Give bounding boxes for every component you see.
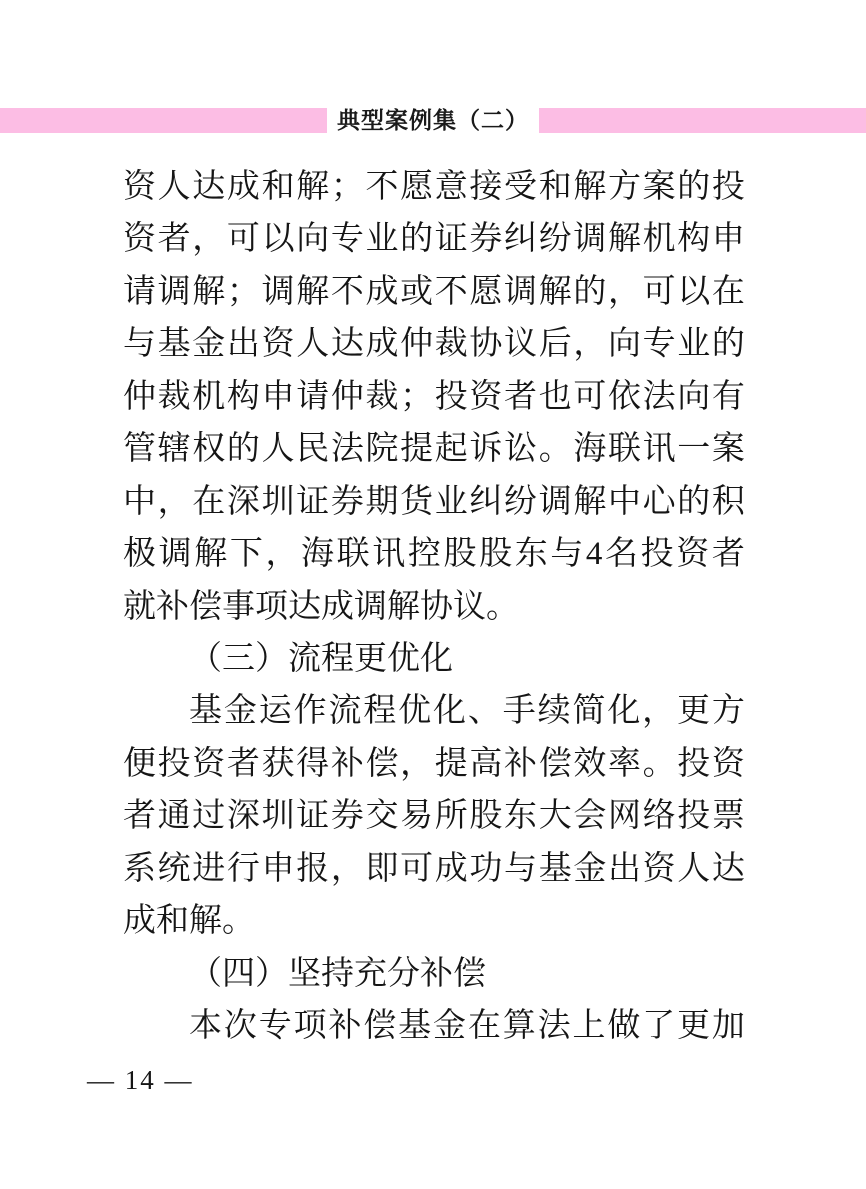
text-line: 请调解；调解不成或不愿调解的，可以在 (123, 266, 745, 318)
running-head-title: 典型案例集（二） (327, 103, 539, 137)
text-line: 基金运作流程优化、手续简化，更方 (123, 685, 745, 737)
text-line: 中，在深圳证券期货业纠纷调解中心的积 (123, 476, 745, 528)
text-line: 就补偿事项达成调解协议。 (123, 581, 745, 633)
text-line: 管辖权的人民法院提起诉讼。海联讯一案 (123, 423, 745, 475)
text-line: 仲裁机构申请仲裁；投资者也可依法向有 (123, 371, 745, 423)
text-line: 极调解下，海联讯控股股东与4名投资者 (123, 528, 745, 580)
section-heading: （三）流程更优化 (123, 633, 745, 685)
text-line: 资人达成和解；不愿意接受和解方案的投 (123, 161, 745, 213)
page-number: — 14 — (87, 1062, 194, 1098)
text-line: 本次专项补偿基金在算法上做了更加 (123, 1000, 745, 1052)
body-text: 资人达成和解；不愿意接受和解方案的投资者，可以向专业的证券纠纷调解机构申请调解；… (123, 161, 745, 1052)
text-line: 成和解。 (123, 895, 745, 947)
section-heading: （四）坚持充分补偿 (123, 948, 745, 1000)
text-line: 系统进行申报，即可成功与基金出资人达 (123, 843, 745, 895)
text-line: 者通过深圳证券交易所股东大会网络投票 (123, 790, 745, 842)
text-line: 资者，可以向专业的证券纠纷调解机构申 (123, 213, 745, 265)
text-line: 与基金出资人达成仲裁协议后，向专业的 (123, 318, 745, 370)
text-line: 便投资者获得补偿，提高补偿效率。投资 (123, 738, 745, 790)
book-page: 典型案例集（二） 资人达成和解；不愿意接受和解方案的投资者，可以向专业的证券纠纷… (0, 0, 866, 1189)
